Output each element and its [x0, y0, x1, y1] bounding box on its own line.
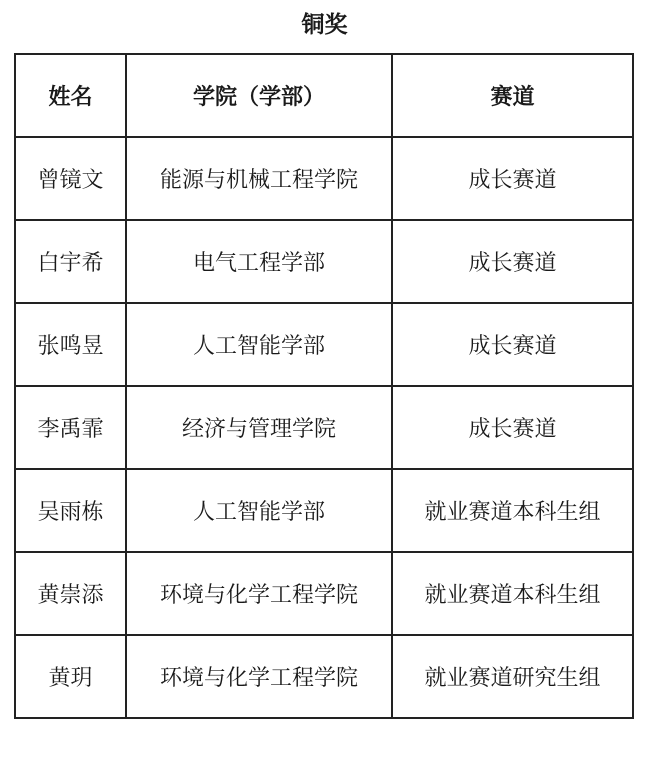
table-row: 张鸣昱 人工智能学部 成长赛道: [15, 303, 633, 386]
cell-track: 成长赛道: [392, 386, 633, 469]
award-table: 姓名 学院（学部） 赛道 曾镜文 能源与机械工程学院 成长赛道 白宇希 电气工程…: [14, 53, 634, 719]
table-row: 黄玥 环境与化学工程学院 就业赛道研究生组: [15, 635, 633, 718]
cell-name: 曾镜文: [15, 137, 126, 220]
table-row: 黄崇添 环境与化学工程学院 就业赛道本科生组: [15, 552, 633, 635]
award-title: 铜奖: [0, 8, 649, 42]
cell-track: 就业赛道研究生组: [392, 635, 633, 718]
cell-college: 人工智能学部: [126, 469, 392, 552]
cell-college: 经济与管理学院: [126, 386, 392, 469]
cell-name: 李禹霏: [15, 386, 126, 469]
table-header-row: 姓名 学院（学部） 赛道: [15, 54, 633, 137]
cell-college: 环境与化学工程学院: [126, 552, 392, 635]
table-row: 曾镜文 能源与机械工程学院 成长赛道: [15, 137, 633, 220]
cell-college: 环境与化学工程学院: [126, 635, 392, 718]
cell-name: 黄玥: [15, 635, 126, 718]
table-row: 吴雨栋 人工智能学部 就业赛道本科生组: [15, 469, 633, 552]
cell-track: 成长赛道: [392, 137, 633, 220]
cell-track: 就业赛道本科生组: [392, 469, 633, 552]
header-college: 学院（学部）: [126, 54, 392, 137]
header-name: 姓名: [15, 54, 126, 137]
cell-name: 张鸣昱: [15, 303, 126, 386]
cell-name: 白宇希: [15, 220, 126, 303]
cell-college: 人工智能学部: [126, 303, 392, 386]
cell-name: 吴雨栋: [15, 469, 126, 552]
cell-college: 电气工程学部: [126, 220, 392, 303]
cell-track: 成长赛道: [392, 303, 633, 386]
cell-track: 成长赛道: [392, 220, 633, 303]
header-track: 赛道: [392, 54, 633, 137]
cell-name: 黄崇添: [15, 552, 126, 635]
cell-track: 就业赛道本科生组: [392, 552, 633, 635]
cell-college: 能源与机械工程学院: [126, 137, 392, 220]
table-row: 白宇希 电气工程学部 成长赛道: [15, 220, 633, 303]
table-row: 李禹霏 经济与管理学院 成长赛道: [15, 386, 633, 469]
